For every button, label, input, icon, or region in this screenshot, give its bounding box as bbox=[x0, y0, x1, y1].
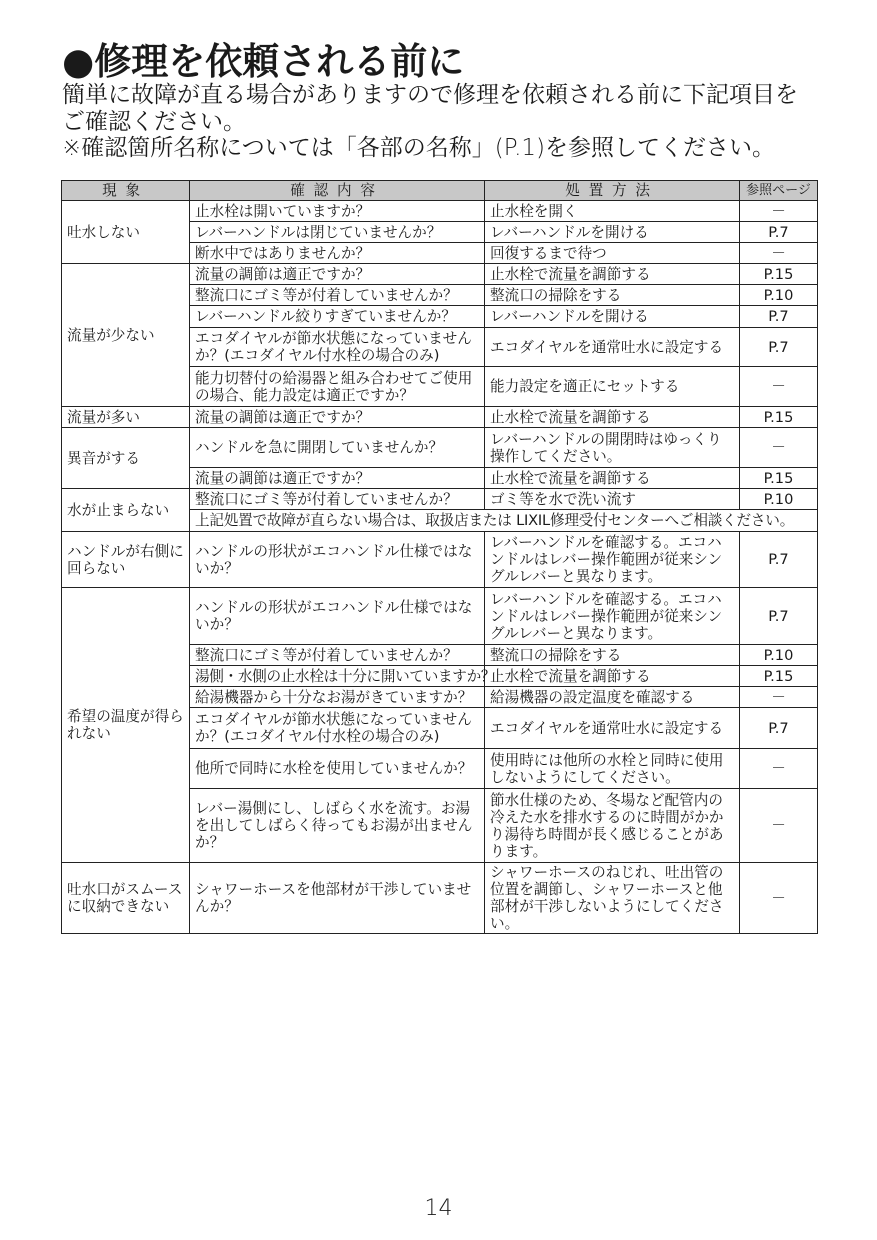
check-cell: 断水中ではありませんか？ bbox=[190, 243, 485, 264]
remedy-cell: 整流口の掃除をする bbox=[485, 285, 740, 306]
check-cell: 他所で同時に水栓を使用していませんか？ bbox=[190, 749, 485, 789]
check-cell: レバー湯側にし、しばらく水を流す。お湯を出してしばらく待ってもお湯が出ませんか？ bbox=[190, 789, 485, 863]
symptom-cell: 吐水口がスムースに収納できない bbox=[62, 863, 190, 934]
remedy-cell: 止水栓で流量を調節する bbox=[485, 264, 740, 285]
page-title: ●修理を依頼される前に bbox=[62, 40, 464, 84]
check-cell: 流量の調節は適正ですか？ bbox=[190, 407, 485, 428]
symptom-cell: 流量が多い bbox=[62, 407, 190, 428]
remedy-cell: エコダイヤルを通常吐水に設定する bbox=[485, 328, 740, 367]
header-ref: 参照ページ bbox=[740, 181, 818, 201]
symptom-cell: 流量が少ない bbox=[62, 264, 190, 407]
remedy-cell: レバーハンドルを確認する。エコハンドルはレバー操作範囲が従来シングルレバーと異な… bbox=[485, 588, 740, 645]
ref-cell: P.15 bbox=[740, 468, 818, 489]
page-number: 14 bbox=[0, 1196, 877, 1221]
remedy-cell: 整流口の掃除をする bbox=[485, 645, 740, 666]
check-cell: 整流口にゴミ等が付着していませんか？ bbox=[190, 645, 485, 666]
check-cell: 流量の調節は適正ですか？ bbox=[190, 468, 485, 489]
intro-line-3: ※確認箇所名称については「各部の名称」(P.1)を参照してください。 bbox=[62, 135, 798, 162]
check-cell: レバーハンドル絞りすぎていませんか？ bbox=[190, 306, 485, 328]
check-cell: ハンドルの形状がエコハンドル仕様ではないか？ bbox=[190, 588, 485, 645]
table-header-row: 現象 確認内容 処置方法 参照ページ bbox=[62, 181, 818, 201]
check-cell: 止水栓は開いていますか？ bbox=[190, 201, 485, 222]
check-cell: 流量の調節は適正ですか？ bbox=[190, 264, 485, 285]
ref-cell: － bbox=[740, 789, 818, 863]
ref-cell: P.15 bbox=[740, 264, 818, 285]
ref-cell: P.7 bbox=[740, 306, 818, 328]
check-cell: 湯側・水側の止水栓は十分に開いていますか？ bbox=[190, 666, 485, 687]
check-cell: 能力切替付の給湯器と組み合わせてご使用の場合、能力設定は適正ですか？ bbox=[190, 367, 485, 407]
check-cell: 整流口にゴミ等が付着していませんか？ bbox=[190, 285, 485, 306]
table-row: 希望の温度が得られない ハンドルの形状がエコハンドル仕様ではないか？ レバーハン… bbox=[62, 588, 818, 645]
remedy-cell: シャワーホースのねじれ、吐出管の位置を調節し、シャワーホースと他部材が干渉しない… bbox=[485, 863, 740, 934]
symptom-cell: 異音がする bbox=[62, 428, 190, 489]
ref-cell: － bbox=[740, 201, 818, 222]
remedy-cell: ゴミ等を水で洗い流す bbox=[485, 489, 740, 510]
ref-cell: P.7 bbox=[740, 328, 818, 367]
ref-cell: P.7 bbox=[740, 708, 818, 749]
remedy-cell: 回復するまで待つ bbox=[485, 243, 740, 264]
ref-cell: － bbox=[740, 749, 818, 789]
ref-cell: P.15 bbox=[740, 407, 818, 428]
ref-cell: P.10 bbox=[740, 489, 818, 510]
check-cell: 整流口にゴミ等が付着していませんか？ bbox=[190, 489, 485, 510]
header-symptom: 現象 bbox=[62, 181, 190, 201]
remedy-cell: レバーハンドルの開閉時はゆっくり操作してください。 bbox=[485, 428, 740, 468]
ref-cell: P.7 bbox=[740, 532, 818, 588]
symptom-cell: 水が止まらない bbox=[62, 489, 190, 532]
table-row: 流量が少ない 流量の調節は適正ですか？ 止水栓で流量を調節する P.15 bbox=[62, 264, 818, 285]
table-row: ハンドルが右側に回らない ハンドルの形状がエコハンドル仕様ではないか？ レバーハ… bbox=[62, 532, 818, 588]
ref-cell: P.10 bbox=[740, 285, 818, 306]
note-cell: 上記処置で故障が直らない場合は、取扱店または LIXIL修理受付センターへご相談… bbox=[190, 510, 818, 532]
intro-line-1: 簡単に故障が直る場合がありますので修理を依頼される前に下記項目を bbox=[62, 82, 798, 109]
troubleshooting-table: 現象 確認内容 処置方法 参照ページ 吐水しない 止水栓は開いていますか？ 止水… bbox=[61, 180, 818, 934]
check-cell: エコダイヤルが節水状態になっていませんか？(エコダイヤル付水栓の場合のみ) bbox=[190, 328, 485, 367]
symptom-cell: 吐水しない bbox=[62, 201, 190, 264]
ref-cell: P.7 bbox=[740, 588, 818, 645]
check-cell: シャワーホースを他部材が干渉していませんか？ bbox=[190, 863, 485, 934]
ref-cell: － bbox=[740, 243, 818, 264]
intro-line-2: ご確認ください。 bbox=[62, 109, 798, 136]
check-cell: 給湯機器から十分なお湯がきていますか？ bbox=[190, 687, 485, 708]
remedy-cell: エコダイヤルを通常吐水に設定する bbox=[485, 708, 740, 749]
remedy-cell: 止水栓を開く bbox=[485, 201, 740, 222]
check-cell: レバーハンドルは閉じていませんか？ bbox=[190, 222, 485, 243]
intro-text: 簡単に故障が直る場合がありますので修理を依頼される前に下記項目を ご確認ください… bbox=[62, 82, 798, 162]
ref-cell: P.7 bbox=[740, 222, 818, 243]
remedy-cell: 止水栓で流量を調節する bbox=[485, 407, 740, 428]
check-cell: エコダイヤルが節水状態になっていませんか？(エコダイヤル付水栓の場合のみ) bbox=[190, 708, 485, 749]
symptom-cell: 希望の温度が得られない bbox=[62, 588, 190, 863]
table-row: 水が止まらない 整流口にゴミ等が付着していませんか？ ゴミ等を水で洗い流す P.… bbox=[62, 489, 818, 510]
ref-cell: P.10 bbox=[740, 645, 818, 666]
ref-cell: － bbox=[740, 863, 818, 934]
remedy-cell: レバーハンドルを開ける bbox=[485, 306, 740, 328]
remedy-cell: 給湯機器の設定温度を確認する bbox=[485, 687, 740, 708]
remedy-cell: 止水栓で流量を調節する bbox=[485, 666, 740, 687]
symptom-cell: ハンドルが右側に回らない bbox=[62, 532, 190, 588]
ref-cell: － bbox=[740, 367, 818, 407]
remedy-cell: 能力設定を適正にセットする bbox=[485, 367, 740, 407]
header-remedy: 処置方法 bbox=[485, 181, 740, 201]
remedy-cell: 使用時には他所の水栓と同時に使用しないようにしてください。 bbox=[485, 749, 740, 789]
table-row: 流量が多い 流量の調節は適正ですか？ 止水栓で流量を調節する P.15 bbox=[62, 407, 818, 428]
remedy-cell: 止水栓で流量を調節する bbox=[485, 468, 740, 489]
ref-cell: － bbox=[740, 687, 818, 708]
check-cell: ハンドルを急に開閉していませんか？ bbox=[190, 428, 485, 468]
table-row: 吐水しない 止水栓は開いていますか？ 止水栓を開く － bbox=[62, 201, 818, 222]
table-row: 吐水口がスムースに収納できない シャワーホースを他部材が干渉していませんか？ シ… bbox=[62, 863, 818, 934]
ref-cell: P.15 bbox=[740, 666, 818, 687]
remedy-cell: 節水仕様のため、冬場など配管内の冷えた水を排水するのに時間がかかり湯待ち時間が長… bbox=[485, 789, 740, 863]
ref-cell: － bbox=[740, 428, 818, 468]
header-check: 確認内容 bbox=[190, 181, 485, 201]
table-row: 異音がする ハンドルを急に開閉していませんか？ レバーハンドルの開閉時はゆっくり… bbox=[62, 428, 818, 468]
remedy-cell: レバーハンドルを確認する。エコハンドルはレバー操作範囲が従来シングルレバーと異な… bbox=[485, 532, 740, 588]
check-cell: ハンドルの形状がエコハンドル仕様ではないか？ bbox=[190, 532, 485, 588]
remedy-cell: レバーハンドルを開ける bbox=[485, 222, 740, 243]
